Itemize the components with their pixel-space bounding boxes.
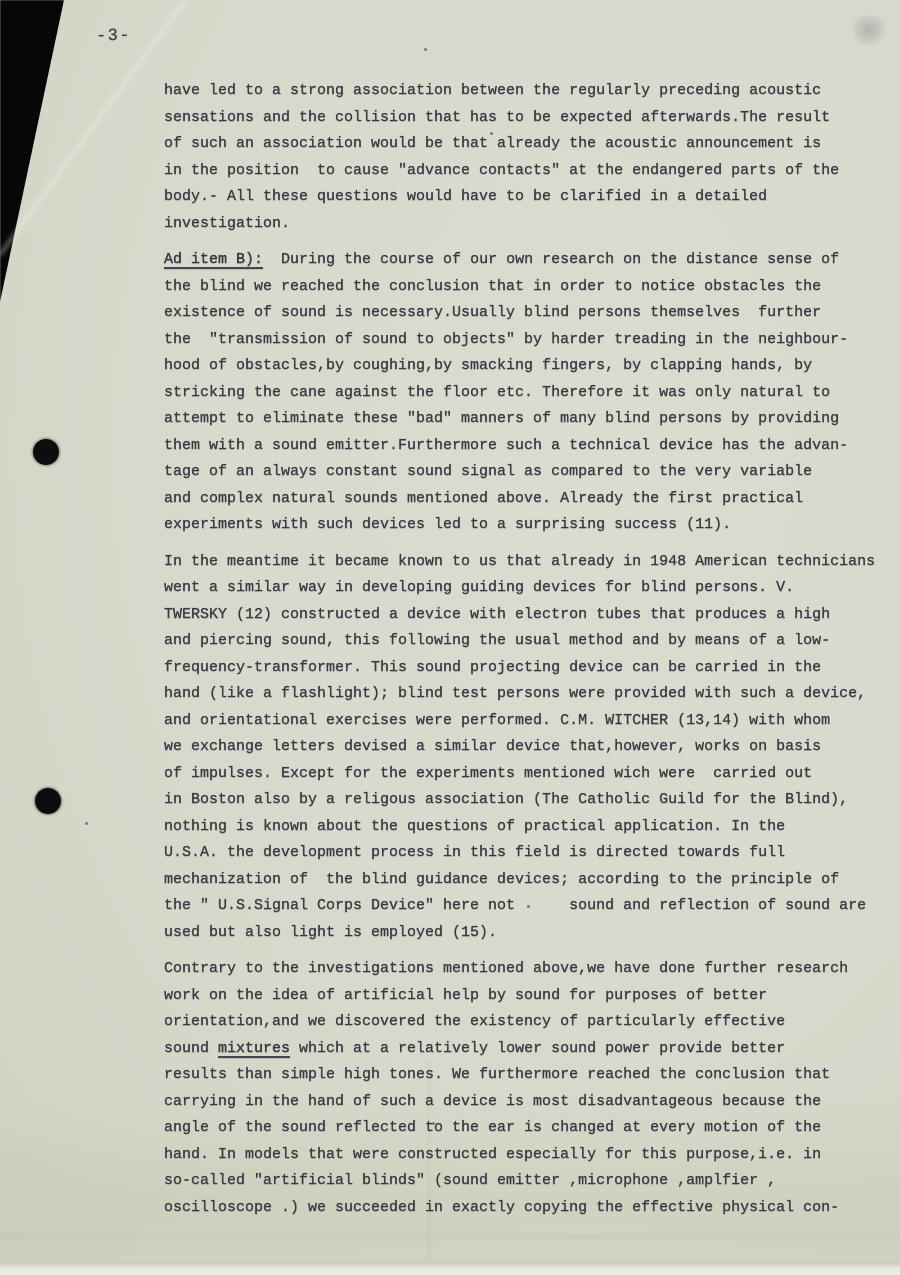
- document-page: -3- have led to a strong association bet…: [0, 0, 900, 1275]
- scan-corner-shadow: [0, 0, 64, 302]
- paragraph-4: Contrary to the investigations mentioned…: [164, 956, 900, 1221]
- punch-hole-bottom: [35, 788, 61, 814]
- smudge-mark: [852, 16, 886, 46]
- paragraph-3: In the meantime it became known to us th…: [164, 549, 900, 947]
- paragraph-2: Ad item B): During the course of our own…: [164, 247, 900, 539]
- paragraph-2-heading: Ad item B):: [164, 251, 263, 268]
- typewritten-text: have led to a strong association between…: [164, 78, 900, 1231]
- paragraph-2-body: During the course of our own research on…: [164, 251, 848, 533]
- page-number: -3-: [96, 27, 131, 47]
- paragraph-4-part2: which at a relatively lower sound power …: [164, 1040, 839, 1216]
- paragraph-1: have led to a strong association between…: [164, 78, 900, 237]
- paragraph-4-underlined-word: mixtures: [218, 1040, 290, 1057]
- scan-bottom-edge: [0, 1262, 900, 1275]
- fold-crease-bottom: [0, 1236, 900, 1238]
- punch-hole-top: [33, 439, 59, 465]
- dust-speck: [85, 822, 88, 825]
- dust-speck: [424, 48, 427, 51]
